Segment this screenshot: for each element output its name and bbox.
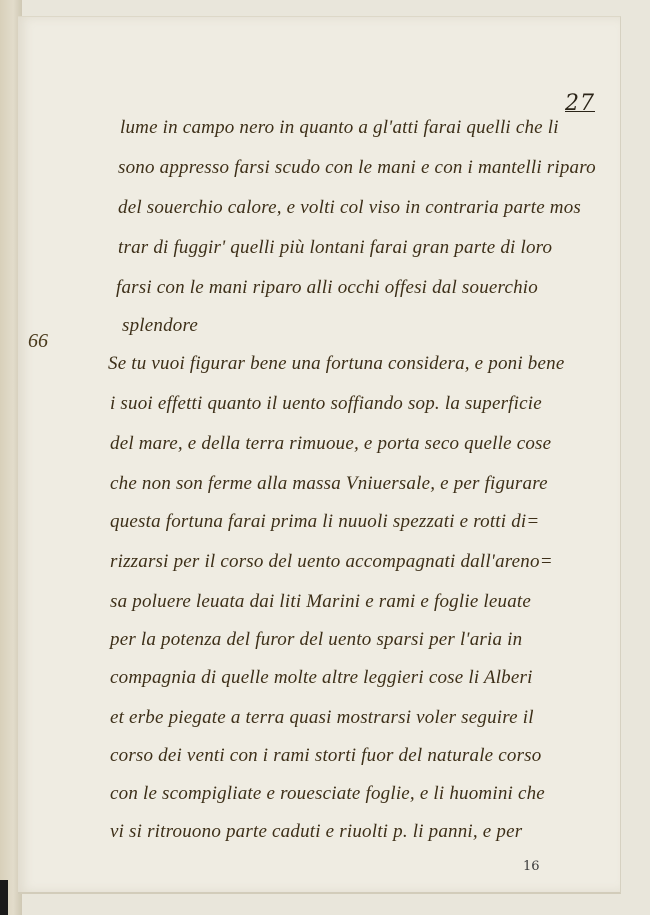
text-line: lume in campo nero in quanto a gl'atti f… [120,117,559,139]
text-line: trar di fuggir' quelli più lontani farai… [118,237,552,259]
manuscript-page: 27 lume in campo nero in quanto a gl'att… [18,16,621,894]
text-line: con le scompigliate e rouesciate foglie,… [110,783,545,805]
text-line: questa fortuna farai prima li nuuoli spe… [110,511,539,533]
text-line: sa poluere leuata dai liti Marini e rami… [110,591,531,613]
text-line: i suoi effetti quanto il uento soffiando… [110,393,542,415]
text-line: per la potenza del furor del uento spars… [110,629,522,651]
text-line: corso dei venti con i rami storti fuor d… [110,745,541,767]
text-line: splendore [122,315,198,337]
text-line: et erbe piegate a terra quasi mostrarsi … [110,707,534,729]
text-line: compagnia di quelle molte altre leggieri… [110,667,533,689]
text-line: che non son ferme alla massa Vniuersale,… [110,473,548,495]
text-line: vi si ritrouono parte caduti e riuolti p… [110,821,522,843]
paragraph-number: 66 [28,330,48,353]
folio-number: 27 [565,91,595,116]
facing-page-bleed [2,60,14,460]
text-line: Se tu vuoi figurar bene una fortuna cons… [108,353,564,375]
printed-page-number: 16 [523,859,540,874]
text-line: sono appresso farsi scudo con le mani e … [118,157,596,179]
text-line: del souerchio calore, e volti col viso i… [118,197,581,219]
text-line: rizzarsi per il corso del uento accompag… [110,551,553,573]
binding-shadow [0,880,8,915]
text-line: farsi con le mani riparo alli occhi offe… [116,277,538,299]
text-line: del mare, e della terra rimuoue, e porta… [110,433,551,455]
